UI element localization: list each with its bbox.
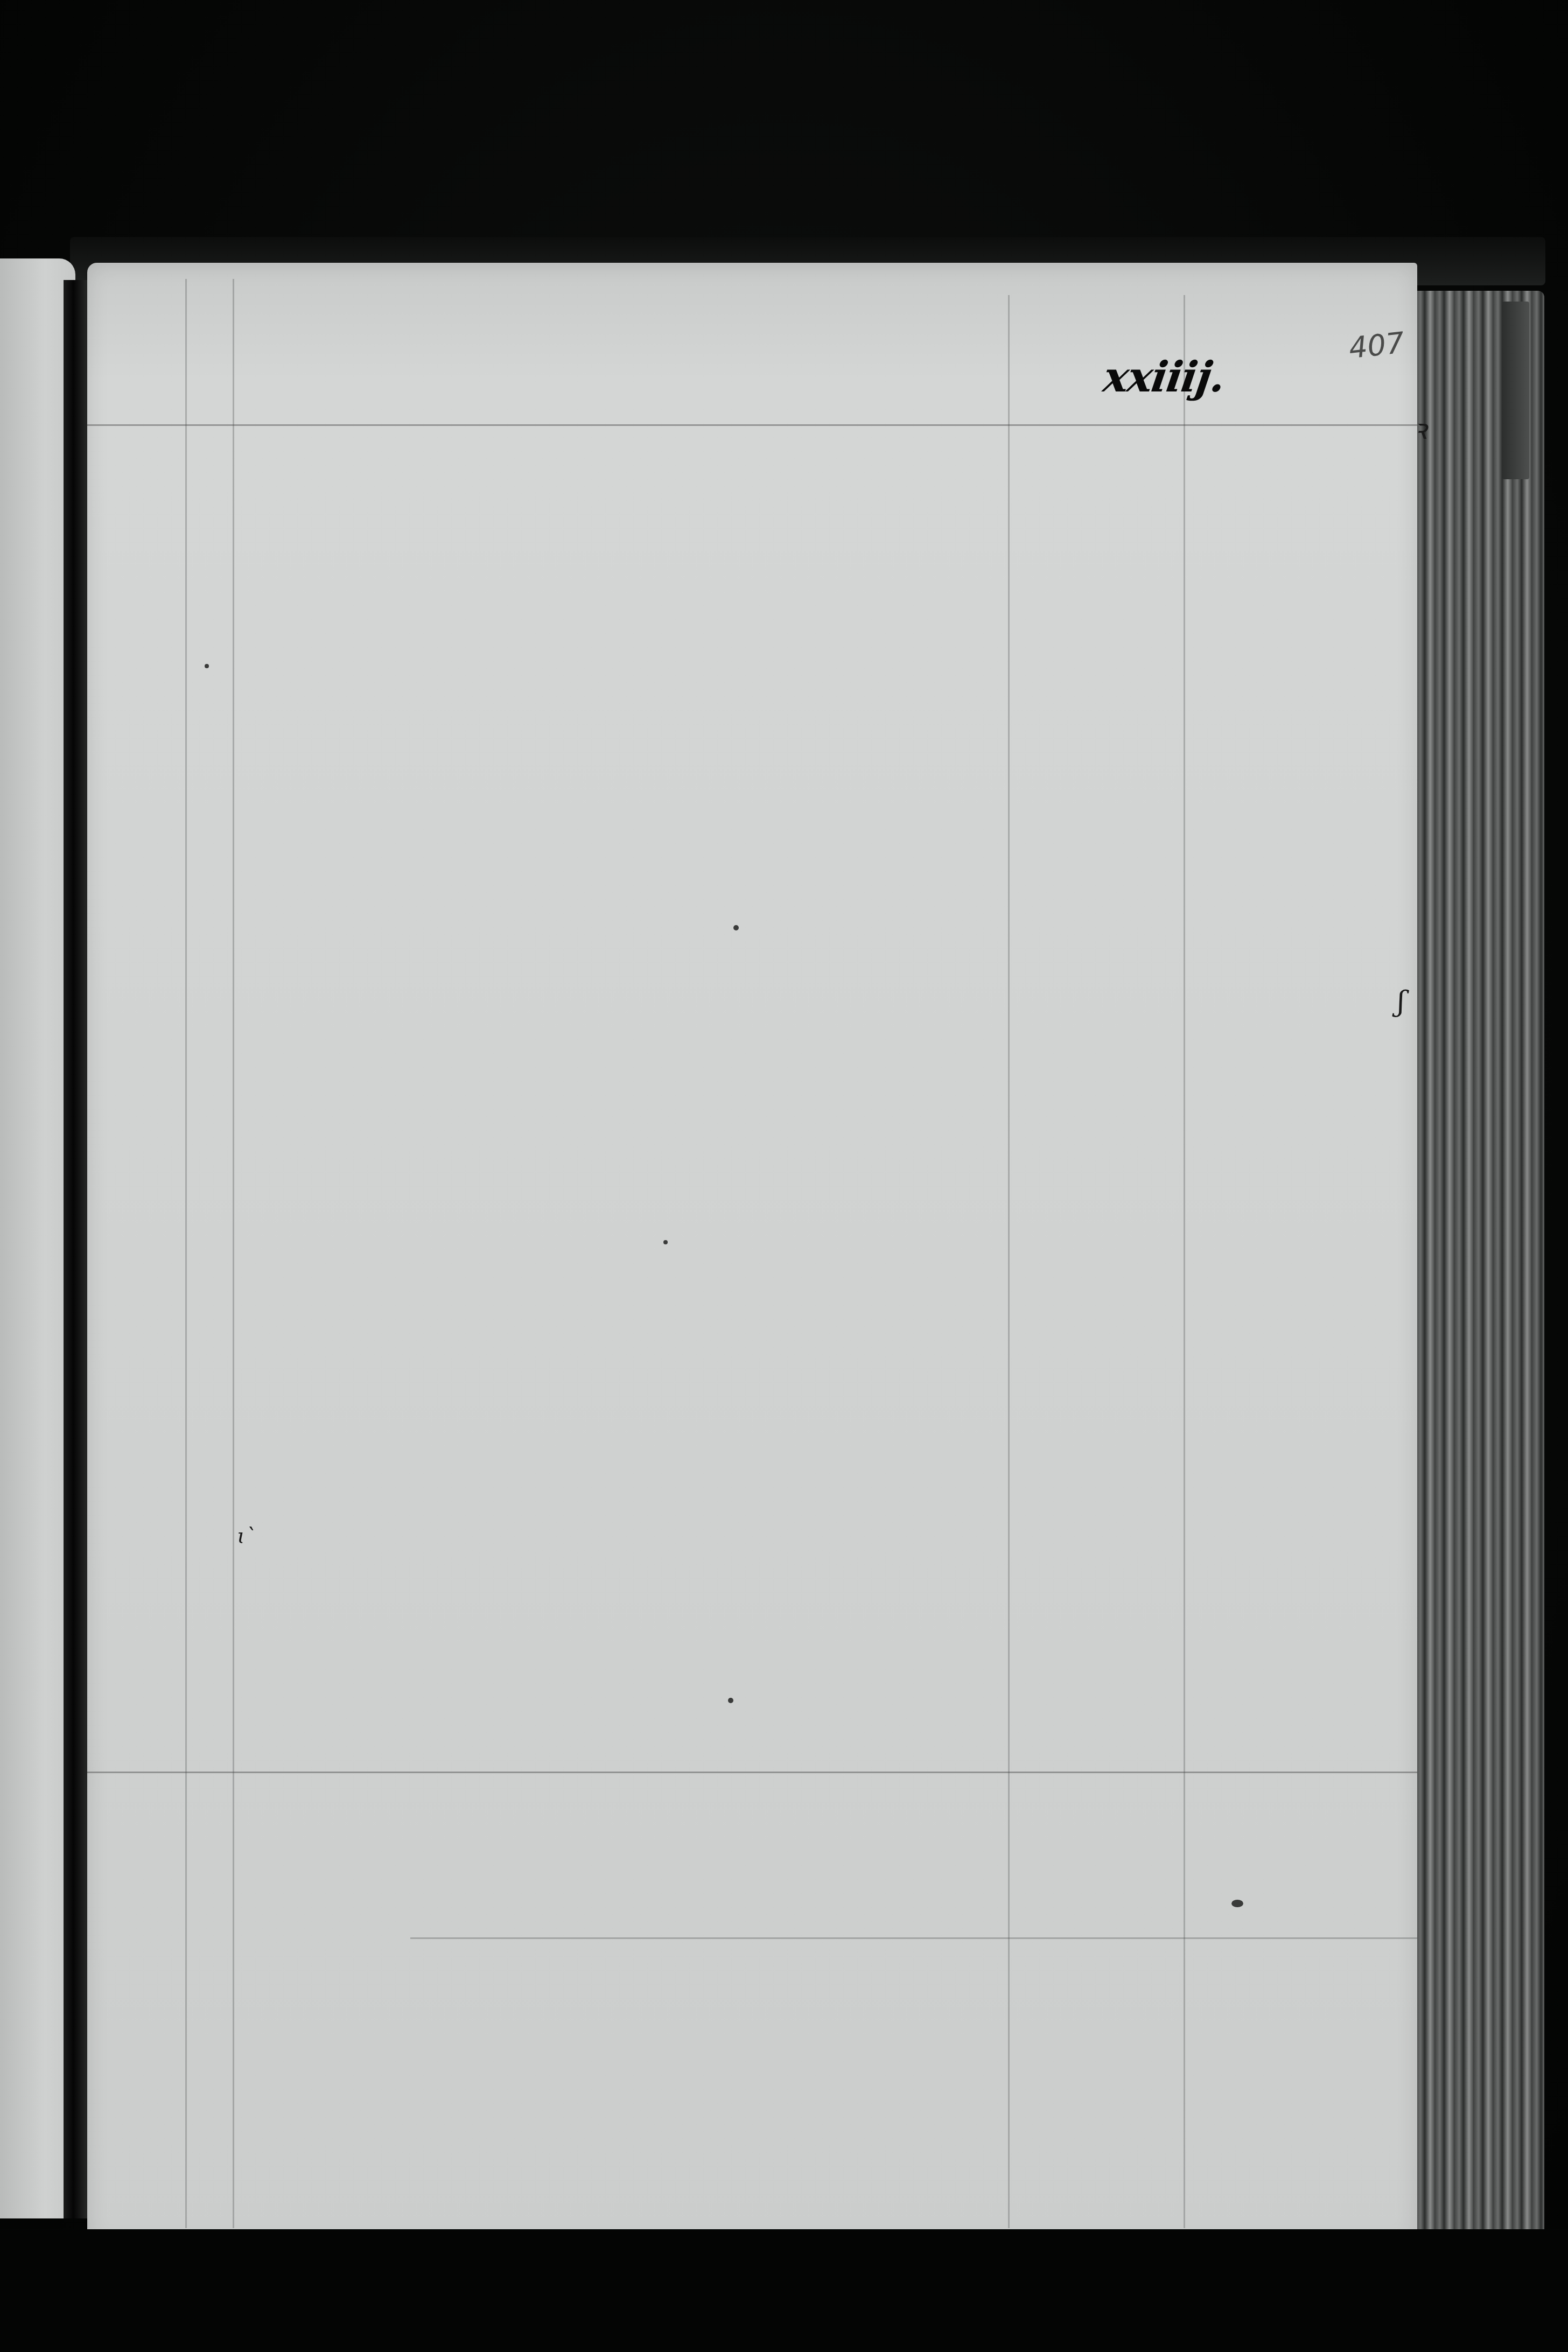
catchmark-upper: ꝛ — [1413, 409, 1427, 447]
ruling-horizontal-bottom — [410, 1937, 1417, 1939]
book-gutter — [64, 280, 88, 2218]
ink-speck — [1231, 1900, 1243, 1907]
ink-speck — [728, 1698, 733, 1703]
ink-speck — [663, 1240, 668, 1244]
manuscript-page — [87, 263, 1417, 2244]
photo-bottom-shadow — [0, 2229, 1568, 2352]
ruling-horizontal-top — [87, 424, 1417, 426]
ruling-horizontal-lower — [87, 1772, 1417, 1773]
ink-speck — [205, 664, 209, 668]
ruling-vertical-2 — [233, 279, 234, 2228]
page-tab — [1502, 302, 1529, 479]
ink-speck — [733, 925, 739, 930]
pencil-foliation: 407 — [1347, 326, 1406, 365]
lower-left-mark: ɩ` — [237, 1524, 256, 1549]
ruling-vertical-1 — [185, 279, 187, 2228]
catchmark-middle: ʃ — [1397, 985, 1405, 1018]
folio-number: xxiiij. — [1101, 353, 1228, 402]
page-edges-stack — [1415, 291, 1544, 2240]
